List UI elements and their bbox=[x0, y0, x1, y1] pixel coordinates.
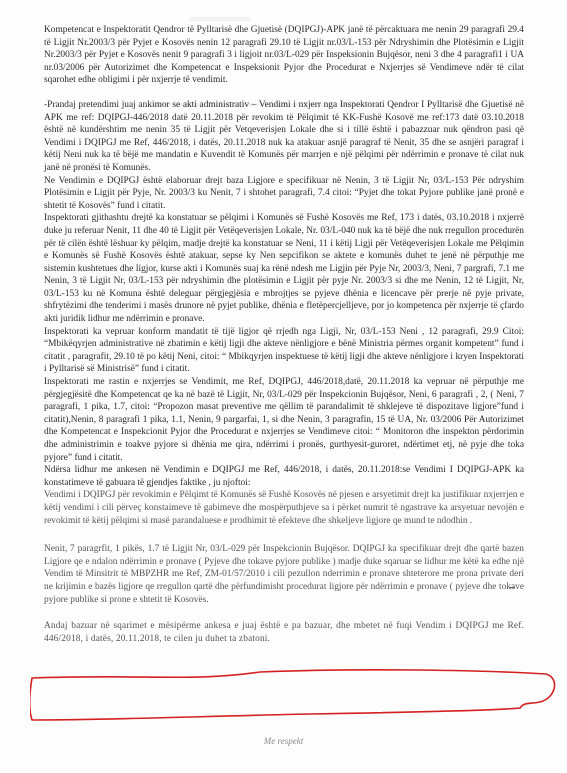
paragraph-legal-ban: Nenit, 7 paragrfit, 1 pikës, 1.7 të Ligj… bbox=[44, 543, 524, 606]
signoff: Me respekt bbox=[0, 736, 567, 746]
document-body: Kompetencat e Inspektoratit Qendror të P… bbox=[44, 24, 524, 645]
paragraph-complaint-response: Ndërsa lidhur me ankesen në Vendimin e D… bbox=[44, 464, 524, 489]
paragraph-complaint-claim: -Prandaj pretendimi juaj ankimor se akti… bbox=[44, 99, 524, 175]
scan-mark bbox=[509, 587, 515, 588]
paragraph-legal-basis: Ne Vendimin e DQIPGJ është elaboruar dre… bbox=[44, 175, 524, 213]
red-annotation-circle bbox=[30, 668, 558, 722]
paragraph-inspectorate-findings: Inspektorati gjithashtu drejtë ka konsta… bbox=[44, 212, 524, 325]
highlighted-conclusion: Andaj bazuar në sqarimet e mësipërme ank… bbox=[44, 620, 524, 645]
paragraph-mandate: Inspektorati ka vepruar konform mandatit… bbox=[44, 326, 524, 376]
paragraph-decision-issuance: Inspektorati me rastin e nxjerrjes se Ve… bbox=[44, 376, 524, 464]
paragraph-competences: Kompetencat e Inspektoratit Qendror të P… bbox=[44, 24, 524, 87]
paragraph-revocation-justification: Vendimi i DQIPGJ për revokimin e Pëlqimt… bbox=[44, 489, 524, 527]
scan-artifact bbox=[190, 17, 250, 21]
